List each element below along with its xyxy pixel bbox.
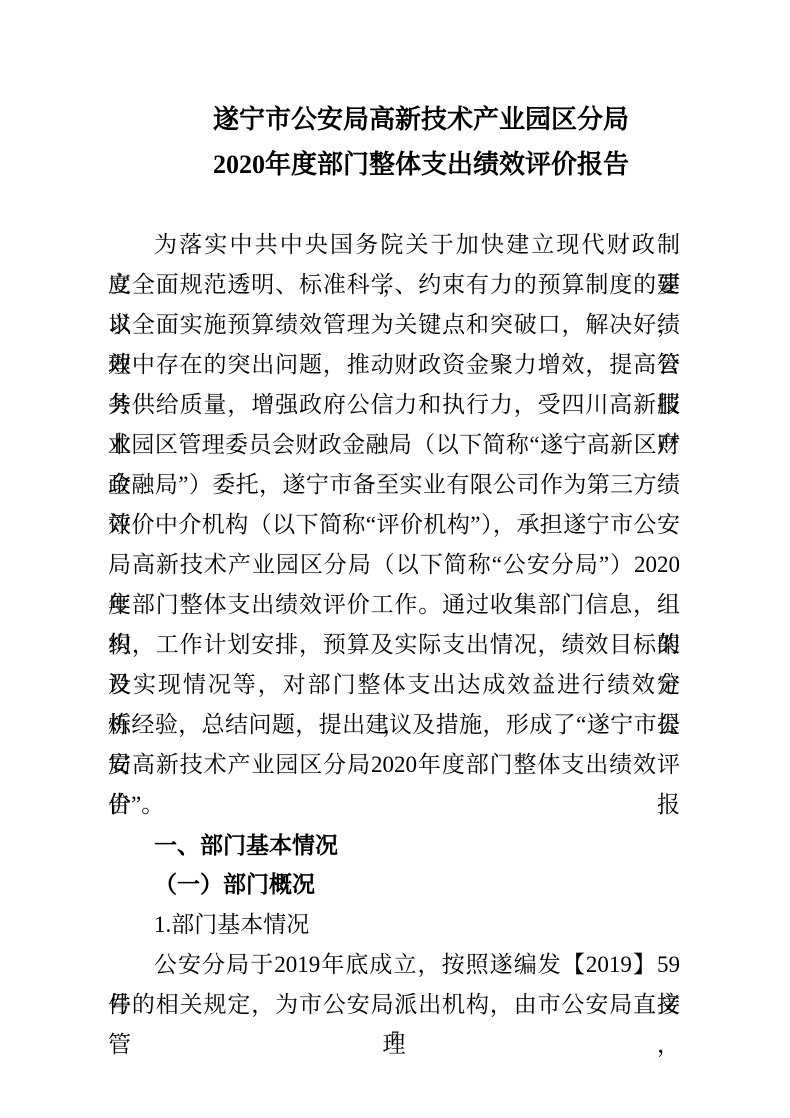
document-content: 为落实中共中央国务院关于加快建立现代财政制度，建立全面规范透明、标准科学、约束有… [108, 225, 680, 1025]
text-line: 以全面实施预算绩效管理为关键点和突破口，解决好绩效管 [108, 305, 680, 345]
page-number: 7 [0, 1028, 790, 1048]
text-line: 公安分局于2019年底成立，按照遂编发【2019】59号文 [108, 945, 680, 985]
text-line: 局高新技术产业园区分局2020年度部门整体支出绩效评价报 [108, 745, 680, 785]
report-title: 遂宁市公安局高新技术产业园区分局2020年度部门整体支出绩效评价报告 [108, 97, 680, 187]
text-line: 业园区管理委员会财政金融局（以下简称“遂宁高新区财政 [108, 425, 680, 465]
intro-paragraph: 为落实中共中央国务院关于加快建立现代财政制度，建立全面规范透明、标准科学、约束有… [108, 225, 680, 825]
text-line: 件的相关规定，为市公安局派出机构，由市公安局直接管理， [108, 985, 680, 1025]
text-line: 为落实中共中央国务院关于加快建立现代财政制度，建 [108, 225, 680, 265]
text-line: 遂宁市公安局高新技术产业园区分局 [108, 97, 680, 142]
text-line: 立全面规范透明、标准科学、约束有力的预算制度的要求， [108, 265, 680, 305]
text-line: 2020年度部门整体支出绩效评价报告 [108, 142, 680, 187]
document-page: 遂宁市公安局高新技术产业园区分局2020年度部门整体支出绩效评价报告 为落实中共… [0, 0, 790, 1118]
text-line: 局高新技术产业园区分局（以下简称“公安分局”）2020年 [108, 545, 680, 585]
text-line: 务供给质量，增强政府公信力和执行力，受四川高新技术产 [108, 385, 680, 425]
text-line: 构，工作计划安排，预算及实际支出情况，绩效目标的设定 [108, 625, 680, 665]
text-line: 金融局”）委托，遂宁市备至实业有限公司作为第三方绩效 [108, 465, 680, 505]
text-line: 理中存在的突出问题，推动财政资金聚力增效，提高公共服 [108, 345, 680, 385]
text-line: 及实现情况等，对部门整体支出达成效益进行绩效分析，提 [108, 665, 680, 705]
subsection-heading-department-overview: （一）部门概况 [108, 865, 680, 905]
text-line: 度部门整体支出绩效评价工作。通过收集部门信息，组织架 [108, 585, 680, 625]
department-basics-paragraph: 公安分局于2019年底成立，按照遂编发【2019】59号文件的相关规定，为市公安… [108, 945, 680, 1025]
section-heading-basic-situation: 一、部门基本情况 [108, 825, 680, 865]
text-line: 炼经验，总结问题，提出建议及措施，形成了“遂宁市公安 [108, 705, 680, 745]
text-line: 评价中介机构（以下简称“评价机构”），承担遂宁市公安 [108, 505, 680, 545]
subsubsection-heading-department-basics: 1.部门基本情况 [108, 905, 680, 945]
